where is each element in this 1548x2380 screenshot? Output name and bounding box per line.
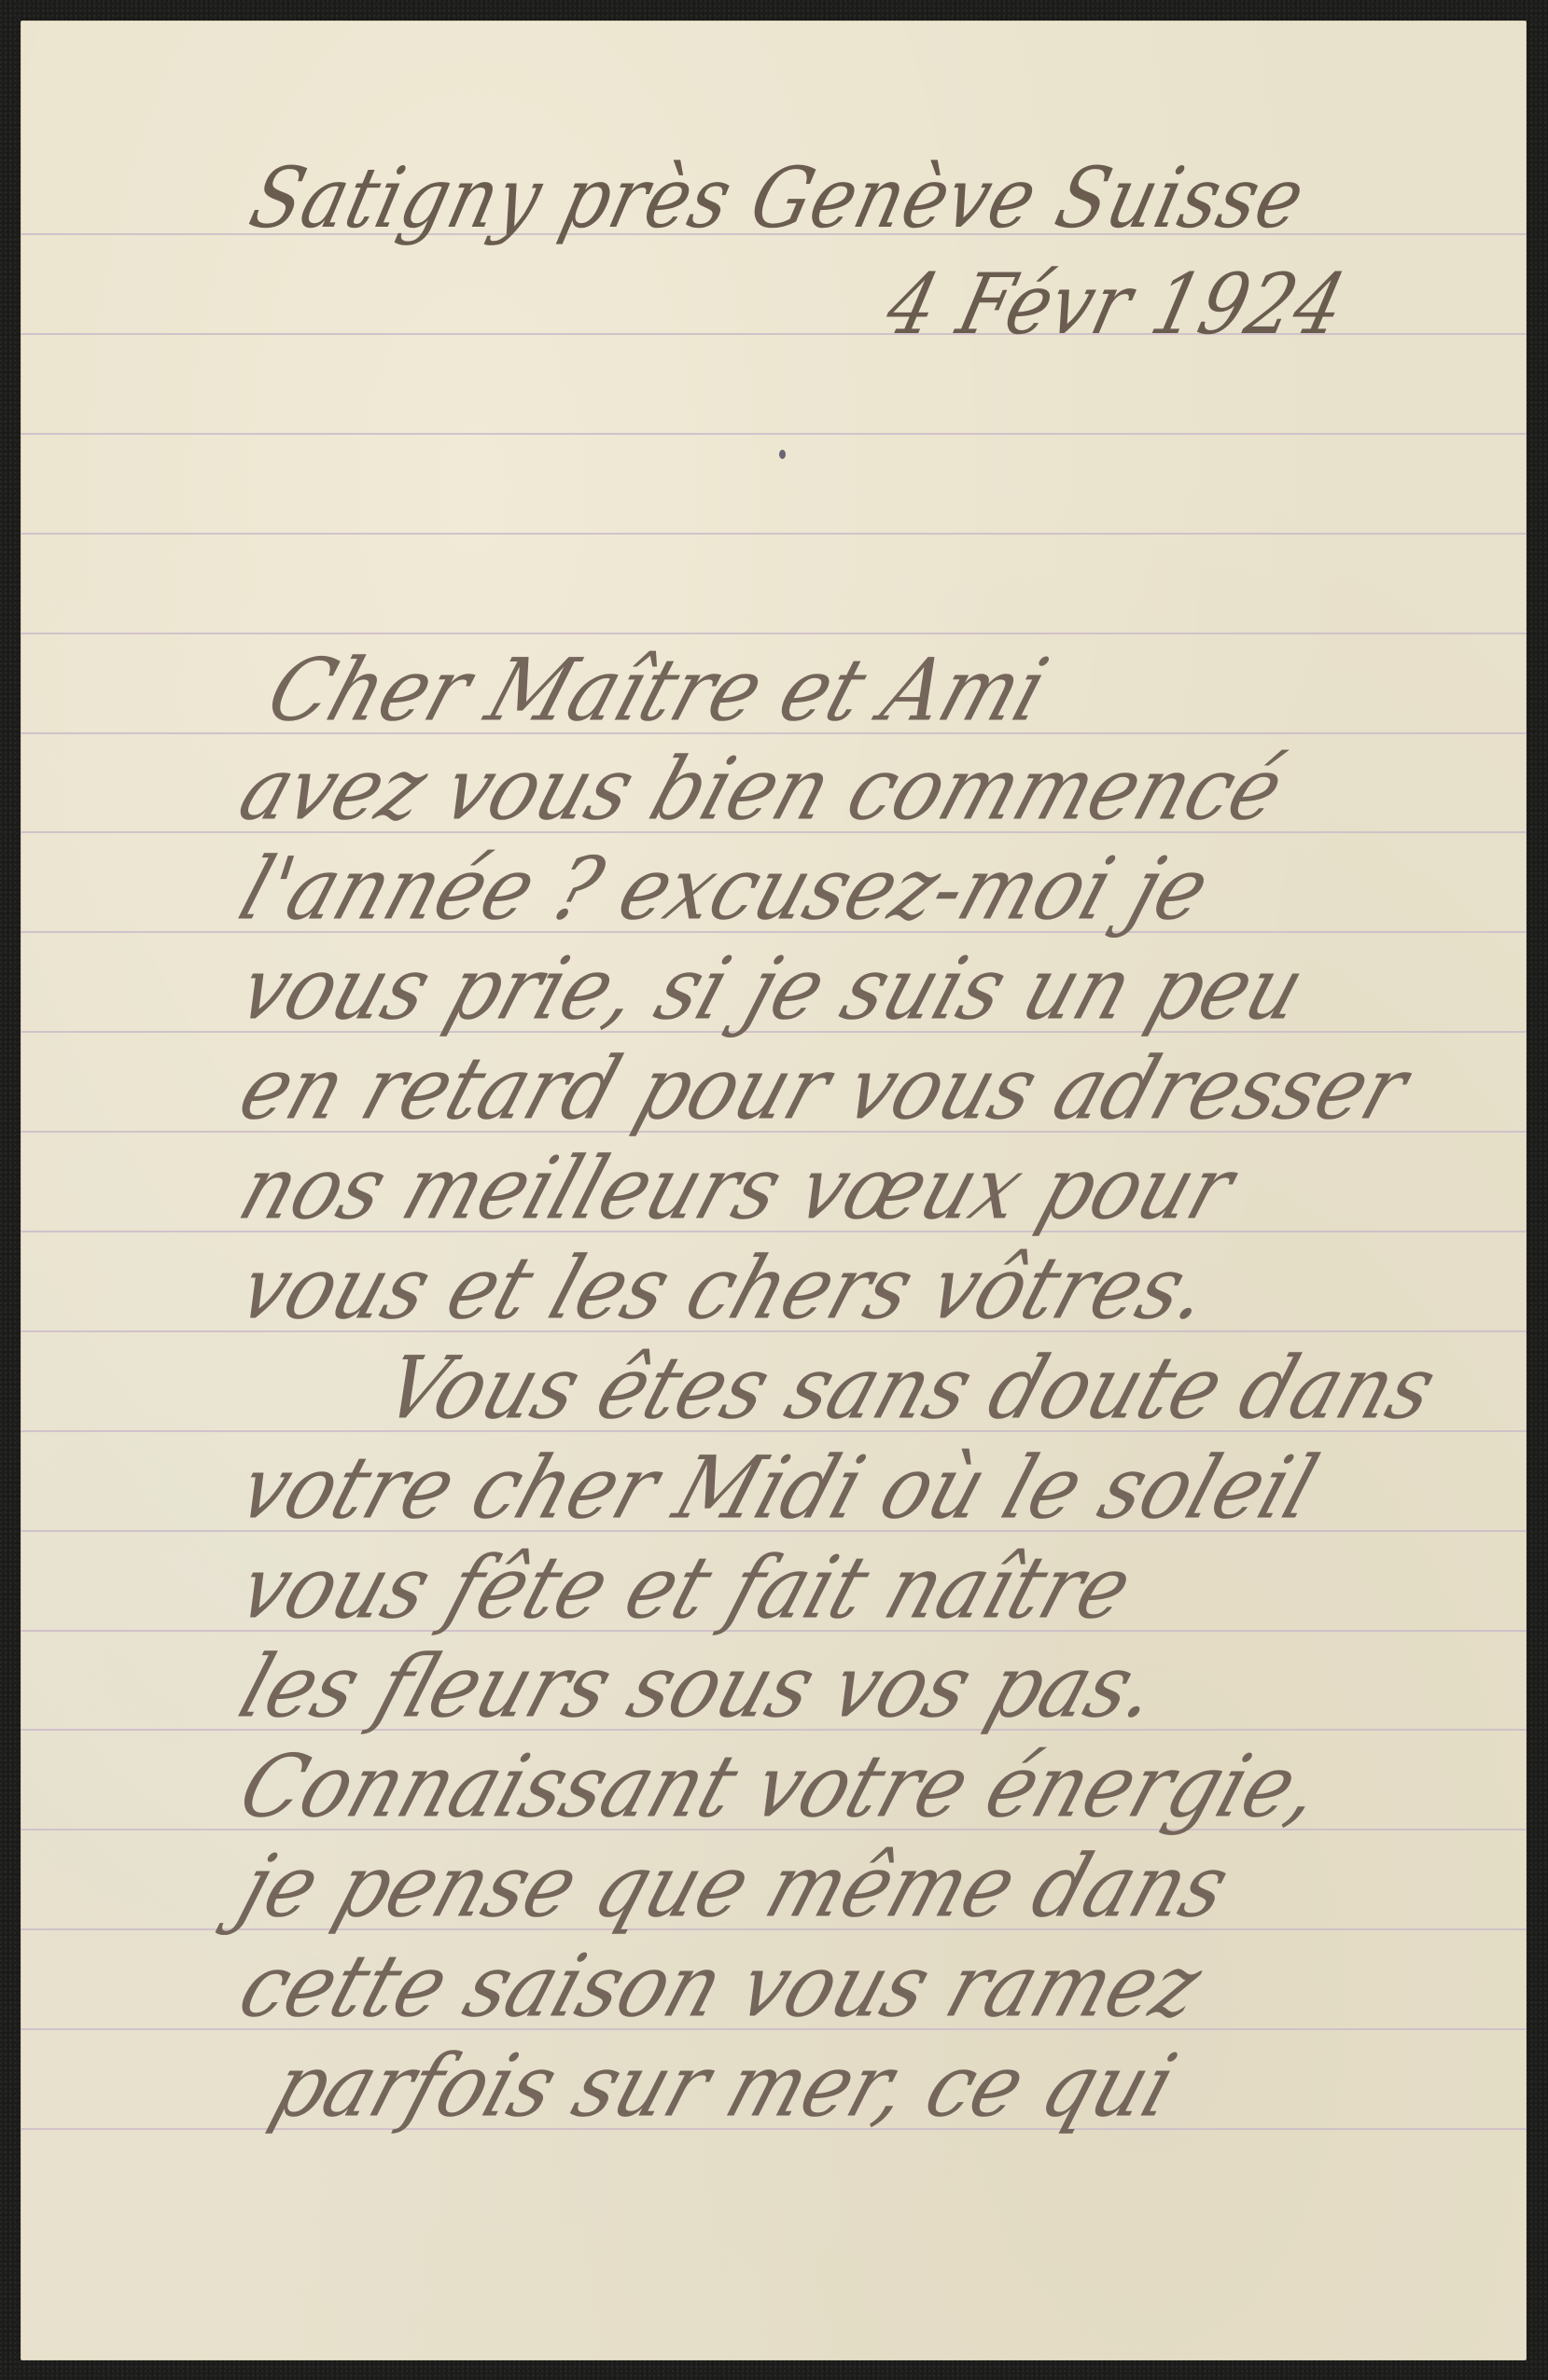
letter-place: Satigny près Genève Suisse	[243, 157, 1313, 241]
body-line: l'année ? excusez-moi je	[230, 846, 1219, 932]
letter-date: 4 Févr 1924	[879, 263, 1353, 347]
body-line: en retard pour vous adresser	[230, 1046, 1417, 1132]
body-line: Connaissant votre énergie,	[230, 1744, 1332, 1830]
ruled-line	[21, 533, 1527, 535]
body-line: cette saison vous ramez	[230, 1943, 1211, 2029]
ruled-line	[21, 433, 1527, 435]
ink-dot	[779, 450, 786, 459]
body-line: Vous êtes sans doute dans	[375, 1345, 1445, 1431]
body-line: vous prie, si je suis un peu	[230, 946, 1314, 1032]
letter-page: Satigny près Genève Suisse 4 Févr 1924 C…	[21, 21, 1527, 2360]
salutation: Cher Maître et Ami	[258, 647, 1057, 733]
body-line: parfois sur mer, ce qui	[263, 2043, 1185, 2129]
body-line: les fleurs sous vos pas.	[230, 1644, 1168, 1730]
body-line: votre cher Midi où le soleil	[230, 1445, 1327, 1531]
ruled-line	[21, 633, 1527, 634]
body-line: vous et les chers vôtres.	[230, 1246, 1220, 1331]
body-line: avez vous bien commencé	[230, 746, 1293, 832]
body-line: nos meilleurs vœux pour	[230, 1146, 1244, 1232]
body-line: je pense que même dans	[230, 1844, 1238, 1929]
body-line: vous fête et fait naître	[230, 1545, 1141, 1631]
